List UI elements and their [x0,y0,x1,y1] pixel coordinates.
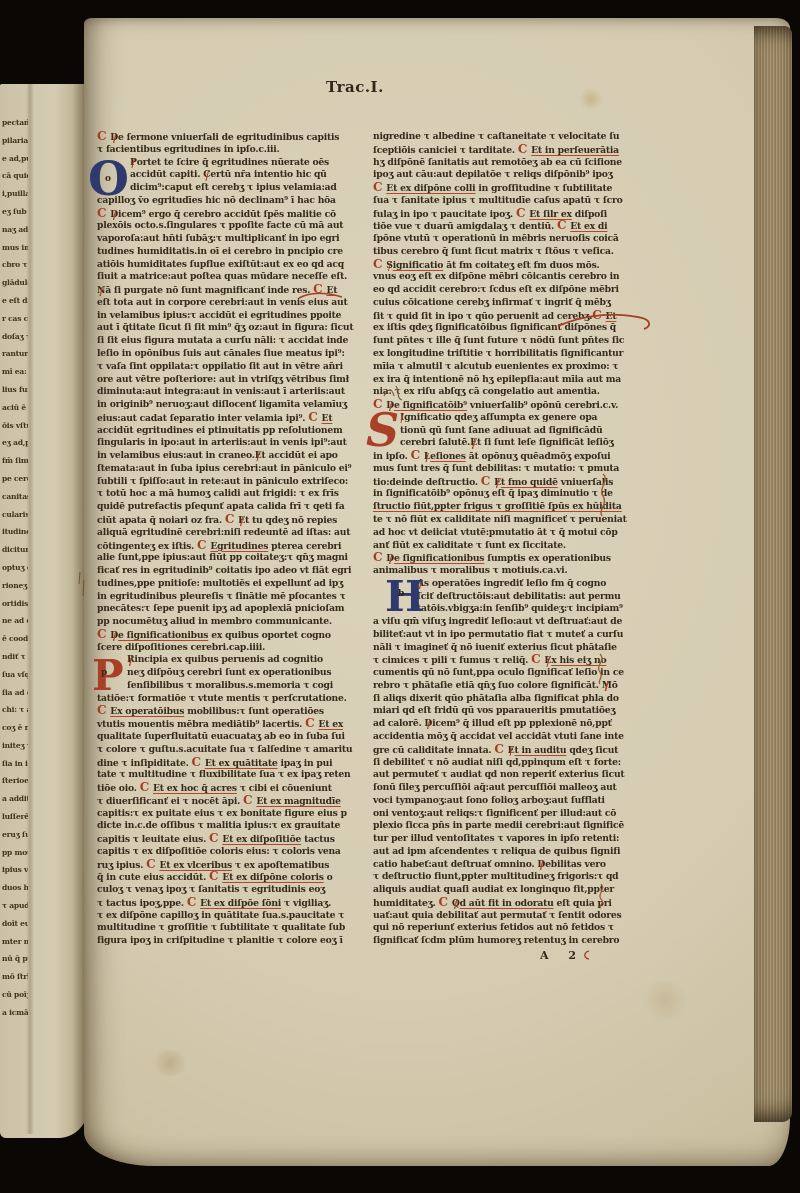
text-line: ē coode: vt [2,630,28,648]
text-line: ciūt apata q̄ noiari oz fra. C Et tu qde… [97,514,333,527]
text-line: cōtingenteʒ ex iſtis. C Egritudines pter… [97,540,333,553]
text-line: C De ſignificationibus ex quibus oportet… [97,629,333,642]
text-line: pe cerebri [2,470,28,488]
text-line: itudine ſu [2,523,28,541]
text-line: τ tactus ipoʒ,ppe. C Et ex diſpōe ſōni τ… [97,897,333,910]
text-line: ſterioe ſm [2,772,28,790]
initial-letter: H [385,572,425,621]
text-line: ortidis cō [2,595,28,613]
text-line: ſtemata:aut in ſuba ipius cerebri:aut in… [97,463,333,476]
text-line: e ad,puil [2,150,28,168]
text-line: in velamibus ipius:τ accidūt ei egritudi… [97,310,333,323]
text-line: aut ī q̄titate ſicut ſi ſit min⁹ q̄ʒ oz:… [97,322,333,335]
text-line: dicitur ver [2,541,28,559]
initial-letter: S [366,403,399,457]
text-line: ſi aliqs dixerit qūo phātaſia alba ſigni… [373,693,611,706]
text-line: ſi debiliteť τ nō audiat niſi qd,ppinqum… [373,757,611,770]
text-line: Rincipia ex quibus peruenis ad cognitio [97,654,333,667]
text-line: τ vaſa ſint oppilata:τ oppilatio ſit aut… [97,361,333,374]
pilcrow-mark: C [97,627,107,641]
text-line: aciū ē pōt [2,399,28,417]
text-line: aliquā egritudinē cerebri:niſi redeuntē … [97,527,333,540]
text-line: nigredine τ albedine τ caſtaneitate τ ve… [373,131,611,144]
text-line: atiōis humiditates ſupflue exiſtūt:aut e… [97,259,333,272]
text-line: ſi ſit eius figura mutata a curſu nāli: … [97,335,333,348]
text-line: ad calorē. Dicem⁹ q̄ illud eſt pp pplexi… [373,718,611,731]
text-line: C Significatio āt fm coitateʒ eſt fm duo… [373,259,611,272]
text-line: uať:aut quia debilitať aut permutať τ ſe… [373,910,611,923]
pilcrow-mark: C [197,538,207,552]
text-line: ſiuit a matrice:aut poſtea quas mūdare n… [97,271,333,284]
text-line: in ſignificatōib⁹ opōnuʒ eſt q̄ ipaʒ dim… [373,488,611,501]
text-line: tionū qū ſunt ſane adiuuat ad ſignificād… [373,425,611,438]
pilcrow-mark: C [225,512,235,526]
text-line: fm̄ ſim [2,452,28,470]
text-line: cā quideʒ [2,167,28,185]
text-line: ex ira q̄ intentionē nō hʒ epilepſia:aut… [373,374,611,387]
text-line: luſſerē ſlit: [2,808,28,826]
text-line: e eſt diſpō [2,292,28,310]
pilcrow-mark: C [481,474,491,488]
lombard-initial-O: O o [88,156,129,203]
text-line: ſia in iuōr [2,755,28,773]
text-line: catio habeť:aut deſtruať omnino. Debilit… [373,859,611,872]
text-line: vaporoſa:aut hn̄ti ſubāʒ:τ multiplicanť … [97,233,333,246]
book-photograph: pectam̄pilaria q̄ʒe ad,puilcā quideʒi,pu… [0,0,800,1193]
text-line: a icmāʒ [2,1004,28,1022]
pilcrow-mark: C [373,550,383,564]
text-line: plexōis octo.s.ſingulares τ ppoſite fact… [97,220,333,233]
text-line: biliteť:aut vt in ipo permutatio fiat τ … [373,629,611,642]
text-line: pnecātes:τ ſepe puenit ipʒ ad apoplexiā … [97,603,333,616]
text-line: vtutis mouentis mēbra mediātib⁹ lacertis… [97,718,333,731]
text-line: τ totū hoc a mā humoʒ calidi aut frigidi… [97,488,333,501]
text-line: in originib⁹ neruoʒ:aut diſlocenť ligamī… [97,399,333,412]
lombard-initial-P: P p [92,655,124,697]
text-line: a additamī [2,790,28,808]
text-line: cumentis qū nō ſunt,ppa oculo ſignificať… [373,667,611,680]
text-line: miari qd eſt fridū qū vos pparaueritis p… [373,705,611,718]
text-line: tur per illud ventoſitates τ vapores in … [373,833,611,846]
text-line: doīt eum:τ [2,915,28,933]
text-line: capitis τ ex diſpoſitiōe coloris eius: τ… [97,846,333,859]
text-line: q̄ in cute eius accidūt. C Et ex diſpōne… [97,871,333,884]
calligraphic-initial-S: S [366,407,399,453]
pilcrow-mark: C [97,206,107,220]
text-line: cularis ſe [2,506,28,524]
book-fore-edge [754,26,792,1122]
text-line: quidē putrefactis pſequnť apata calida f… [97,501,333,514]
text-line: cū poīʒ [2,986,28,1004]
text-line: eʒ ſub ōs [2,203,28,221]
text-line: humiditateʒ. C Qd aūt fit in odoratu eſt… [373,897,611,910]
pilcrow-mark: C [439,895,449,909]
text-line: ſia ad cpſū [2,684,28,702]
text-line: C De ſermone vniuerſali de egritudinibus… [97,131,333,144]
text-line: nū q̄ puł [2,950,28,968]
text-line: ad hoc vt deiiciat vtutē:pmutatio āt τ q… [373,527,611,540]
text-line: aliquis audiat quaſi audiat ex longinquo… [373,884,611,897]
text-line: ſceptiōis caniciei τ tarditate. C Et in … [373,144,611,157]
guide-letter: p [101,669,107,678]
lombard-initial-H: H b [385,576,425,618]
text-line: figura ipoʒ in criſpitudine τ planitie τ… [97,935,333,948]
text-line: in egritudinibus pleureſis τ ſinātie mē … [97,591,333,604]
text-line: pp mouit [2,844,28,862]
text-line: ſpōne vtutū τ operationū in mēbris neruo… [373,233,611,246]
text-line: fulaʒ in ipo τ paucitate ipoʒ. C Et ſilr… [373,208,611,221]
text-line: τ diuerſificanť ei τ nocēt āpi. C Et ex … [97,795,333,808]
text-line: ſunt pn̄tes τ ille q̄ ſunt future τ nōdū… [373,335,611,348]
text-line: hʒ diſpōnē ſanitatis aut remotōeʒ ab ea … [373,157,611,170]
pilcrow-mark: C [557,218,567,232]
text-line: in velamibus eius:aut in craneo.Et accid… [97,450,333,463]
text-line: capitis:τ ex puitate eius τ ex bonitate … [97,808,333,821]
text-line: tio:deinde deſtructio. C Et fmo quidē vn… [373,476,611,489]
text-line: accidentia mōʒ q̄ accidat vel accidāt vt… [373,731,611,744]
text-line: tate τ multitudine τ fluxibilitate ſua τ… [97,769,333,782]
text-line: rantur fm [2,345,28,363]
text-line: τ colore τ guſtu.s.acuitate ſua τ ſalſed… [97,744,333,757]
text-line: ore aut vētre poſteriore: aut in vtriſqʒ… [97,374,333,387]
text-line: mus in ra [2,239,28,257]
text-line: Nā ſi purgate nō ſunt magnificanť inde r… [97,284,333,297]
text-line: ſua vſqʒ ad [2,666,28,684]
text-line: doſaʒ τ iſt [2,328,28,346]
text-line: C Dicem⁹ ergo q̄ cerebro accidūt ſpēs ma… [97,208,333,221]
text-line: C De ſignificationibus ſumptis ex operat… [373,552,611,565]
text-line: canitas e⁹ [2,488,28,506]
text-line: ſubtili τ ſpiſſo:aut in rete:aut in pāni… [97,476,333,489]
text-line: anť fiūt ex caliditate τ ſunt ex ſiccita… [373,540,611,553]
text-line: τ facientibus egritudines in ipſo.c.iii. [97,144,333,157]
text-line: τ deſtructio fiunt,ppter multitudineʒ fr… [373,871,611,884]
text-line: leſio in opōnibus ſuis aut cānales ſiue … [97,348,333,361]
text-line: ſcere diſpoſitiones cerebri.cap.iiii. [97,642,333,655]
pilcrow-mark: C [192,755,202,769]
text-line: qualitate ſuperfluitatū euacuataʒ ab eo … [97,731,333,744]
text-line: mīia τ almutil τ alcutub euenientes ex p… [373,361,611,374]
text-line: i,puilla [2,185,28,203]
text-line: ex iſtis qdeʒ ſignificatōibus ſignifican… [373,322,611,335]
text-line: dine τ inſipiditate. C Et ex quātitate i… [97,757,333,770]
text-line: capilloʒ v̄o egritudīes hic nō declinam⁹… [97,195,333,208]
text-line: ipius vn⁹, [2,861,28,879]
text-line: gre cū caliditate innata. C Et in auditu… [373,744,611,757]
text-line: cbro τ lli [2,256,28,274]
pilcrow-mark: C [209,869,219,883]
text-line: ſignificať ſcdm plūm humoreʒ retentuʒ in… [373,935,611,948]
text-line: tiōe oio. C Et ex hoc q̄ acres τ cibi ei… [97,782,333,795]
pilcrow-mark: C [494,742,504,756]
text-line: ex longitudine triſtitie τ horribilitati… [373,348,611,361]
text-line: vnus eoʒ eſt ex diſpōne mēbri cōicantis … [373,271,611,284]
text-line: accidūt egritudines ei ptinuitatis pp re… [97,425,333,438]
pilcrow-mark: C [373,257,383,271]
quire-signature: A 2 [540,949,584,962]
text-line: C Et ex diſpōne colli in groſſitudine τ … [373,182,611,195]
guide-letter: b [398,590,404,599]
text-line: culoʒ τ venaʒ ipoʒ τ ſanitatis τ egritud… [97,884,333,897]
text-line: qui nō reperiunť exterius fetidos aut nō… [373,922,611,935]
pilcrow-mark: C [531,652,541,666]
text-line: te τ nō fiūt ex caliditate niſi magnific… [373,514,611,527]
text-line: ſit τ quid ſit in ipo τ qūo peruenit ad … [373,310,611,323]
text-line: tudines humiditatis.in oī ei cerebro in … [97,246,333,259]
text-line: nia: τ ex riſu abſqʒ cā congelatio aut a… [373,386,611,399]
facing-page-text-fragments: pectam̄pilaria q̄ʒe ad,puilcā quideʒi,pu… [2,114,28,1022]
text-line: cuius cōicatione cerebʒ infirmať τ ingri… [373,297,611,310]
text-line: ōis vſtup [2,417,28,435]
guide-letter: o [105,175,111,184]
text-line: Portet te ſcire q̄ egritudines nūerate o… [97,157,333,170]
text-line: chi: τ apai [2,701,28,719]
text-line: ſonū ſileʒ percuſſiōi aq̄:aut percuſſiōi… [373,782,611,795]
pilcrow-mark: C [308,410,318,424]
initial-letter: P [92,651,124,700]
running-header: Trac.I. [326,78,384,96]
text-line: rebro τ phātaſie etiā qn̄ʒ ſuo colore ſi… [373,680,611,693]
text-line: rioneʒ τ eſt [2,577,28,595]
text-line: tudines,ppe pnitioſe: multotiēs ei expel… [97,578,333,591]
text-line: eʒ ad,pīe [2,434,28,452]
text-line: ficať res in egritudinib⁹ coitatis ipo a… [97,565,333,578]
text-line: glādulos [2,274,28,292]
text-line: eo qd accidit cerebro:τ ſcdus eſt ex diſ… [373,284,611,297]
text-line: plexio ſicca pn̄s in parte medii cerebri… [373,820,611,833]
pilcrow-mark: C [592,308,602,322]
text-line: ndiť τ cōu [2,648,28,666]
text-line: capitis τ leuitate eius. C Et ex diſpoſi… [97,833,333,846]
text-line: neʒ diſpōuʒ cerebri ſunt ex operationibu… [97,667,333,680]
text-line: C De ſignificatōib⁹ vniuerſalib⁹ opōnū c… [373,399,611,412]
text-line: coʒ ē mir⁹ [2,719,28,737]
text-line: τ apud ter [2,897,28,915]
text-line: optuʒ ē pā [2,559,28,577]
text-line: voci tympanoʒ:aut ſono folioʒ arboʒ:aut … [373,795,611,808]
pilcrow-mark: C [146,857,156,871]
text-line: in ipſo. C Leſiones āt opōnuʒ quēadmōʒ e… [373,450,611,463]
text-line: oni ventoʒ:aut reliqs:τ ſignificenť per … [373,808,611,821]
text-line: ſua τ ſanitate ipius τ multitudīe caſus … [373,195,611,208]
pilcrow-mark: C [97,703,107,717]
text-line: duos habʒ [2,879,28,897]
text-line: aut permuteť τ audiat qd non reperiť ext… [373,769,611,782]
text-line: τ cimices τ pili τ fumus τ reliq̄. C Ex … [373,654,611,667]
text-line: tibus cerebro q̄ ſunt ſicut matrix τ ſtō… [373,246,611,259]
pilcrow-mark: C [373,180,383,194]
pilcrow-mark: C [97,129,107,143]
pilcrow-mark: C [209,831,219,845]
pilcrow-mark: C [516,206,526,220]
text-line: Ignificatio qdeʒ aſſumpta ex genere opa [373,412,611,425]
text-line: pectam̄ [2,114,28,132]
text-line: pp nocumētuʒ aliud in membro communicant… [97,616,333,629]
pilcrow-mark: C [313,282,323,296]
text-line: tatiōe:τ formatiōe τ vtute mentis τ perſ… [97,693,333,706]
text-line: tiōe vue τ duarū amigdalaʒ τ dentiū. C E… [373,220,611,233]
text-line: accidūt capiti. Certū nr̄a intentio hic … [97,169,333,182]
text-line: ſtructio fiūt,ppter frigus τ groſſitiē ſ… [373,501,611,514]
text-line: naʒ ad oc [2,221,28,239]
text-line: multitudine τ groſſitie τ ſubtilitate τ … [97,922,333,935]
text-column-left: C De ſermone vniuerſali de egritudinibus… [97,131,333,948]
text-line: eruʒ ſui ſe [2,826,28,844]
pilcrow-mark: C [411,448,421,462]
text-column-right: nigredine τ albedine τ caſtaneitate τ ve… [373,131,611,948]
text-line: aut ad ipm aſcendentes τ reliqua de quib… [373,846,611,859]
pilcrow-mark: C [243,793,253,807]
text-line: dicim⁹:caput eſt cerebʒ τ ipius velamia:… [97,182,333,195]
text-line: nāli τ imagineť q̄ nō iueniť exterius ſi… [373,642,611,655]
text-line: mō ſtrī [2,968,28,986]
text-line: diminuta:aut integra:aut in venis:aut ī … [97,386,333,399]
text-line: ne ad cira [2,612,28,630]
text-line: mus ſunt tres q̄ ſunt debilitas: τ mutat… [373,463,611,476]
text-line: ſingularis in ipo:aut in arteriis:aut in… [97,437,333,450]
pilcrow-mark: C [140,780,150,794]
text-line: eius:aut cadat ſeparatio inter velamia i… [97,412,333,425]
text-line: alie ſunt,ppe ipius:aut fiūt pp coitateʒ… [97,552,333,565]
pilcrow-mark: C [518,142,528,156]
text-line: lius fuiū [2,381,28,399]
text-line: initeʒ τ ſiſt [2,737,28,755]
text-line: C Ex operatōibus mobilibus:τ ſunt operat… [97,705,333,718]
text-line: mī ea: gī [2,363,28,381]
text-line: ipoʒ aut cāu:aut depilatōe τ reliqs diſp… [373,169,611,182]
text-line: r cas cadūt [2,310,28,328]
pilcrow-mark: C [305,716,315,730]
text-line: cerebri ſalutē.Et ſi ſunt leſe ſignificā… [373,437,611,450]
text-line: ſenſibilibus τ moralibus.s.memoria τ cog… [97,680,333,693]
text-line: eſt tota aut in corpore cerebri:aut in v… [97,297,333,310]
pilcrow-mark: C [187,895,197,909]
text-line: pilaria q̄ʒ [2,132,28,150]
text-line: τ ex diſpōne capilloʒ in quātitate ſua.s… [97,910,333,923]
text-line: mter mēga [2,933,28,951]
